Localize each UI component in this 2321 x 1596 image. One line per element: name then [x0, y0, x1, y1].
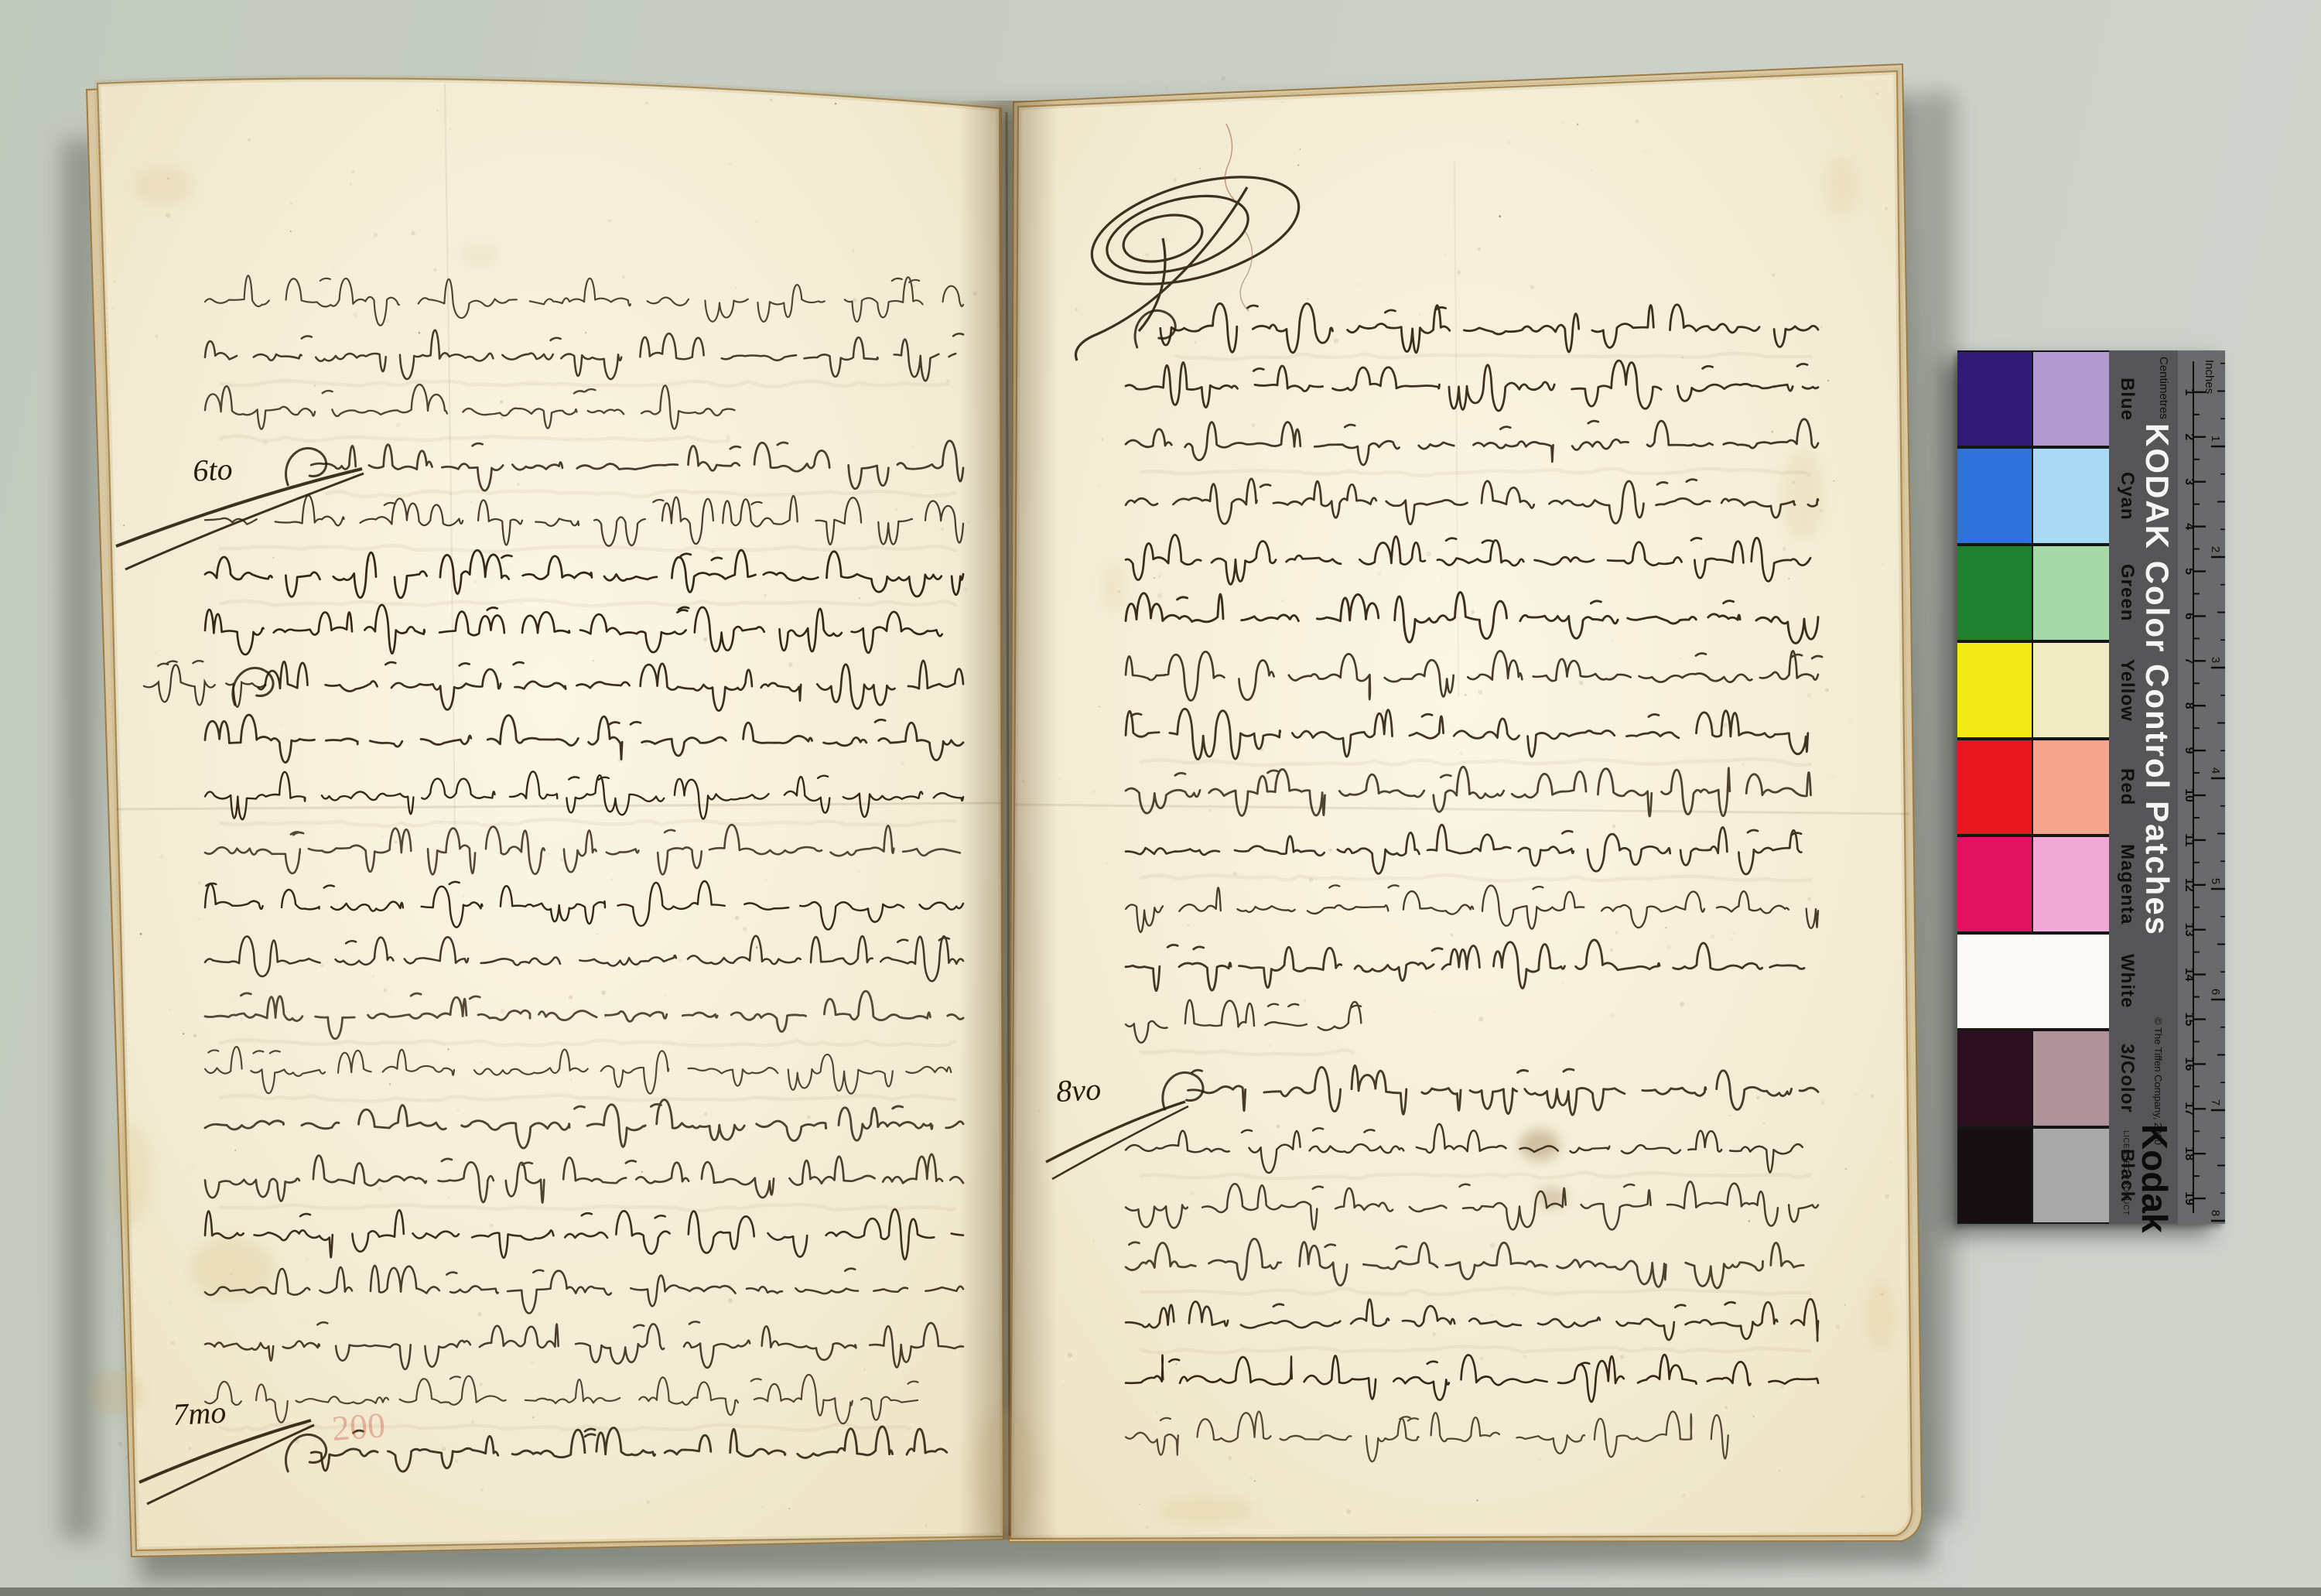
patch-white [1957, 933, 2109, 1028]
svg-text:8: 8 [2209, 1210, 2222, 1216]
svg-text:1: 1 [2209, 436, 2222, 442]
patch-row-label-blue: Blue [2116, 378, 2138, 421]
patch-green-solid [1957, 545, 2032, 640]
patch-magenta-tint [2033, 836, 2109, 931]
patch-3/color-tint [2033, 1030, 2109, 1125]
patch-blue-tint [2033, 350, 2109, 446]
svg-text:16: 16 [2183, 1058, 2196, 1071]
archival-photo-stage: 6to7mo8vo200 KODAK Color Control Patches… [0, 0, 2321, 1596]
patch-black-tint [2033, 1127, 2109, 1222]
patch-row-label-green: Green [2116, 564, 2138, 621]
svg-text:6: 6 [2209, 989, 2222, 995]
section-marker-7mo: 7mo [172, 1394, 227, 1432]
ruler-band: 1234567891011121314151617181912345678Inc… [2178, 350, 2225, 1224]
patch-row-label-cyan: Cyan [2116, 472, 2138, 521]
kodak-title: KODAK Color Control Patches [2138, 423, 2176, 936]
patch-yellow-tint [2033, 641, 2109, 736]
svg-text:5: 5 [2183, 568, 2196, 575]
svg-text:3: 3 [2183, 478, 2196, 485]
patch-row-label-red: Red [2116, 768, 2138, 805]
archive-number: 200 [330, 1405, 386, 1448]
patch-row-label-magenta: Magenta [2116, 844, 2138, 924]
svg-text:17: 17 [2183, 1102, 2196, 1116]
label-band: KODAK Color Control Patches © The Tiffen… [2109, 350, 2178, 1224]
patch-red-tint [2033, 739, 2109, 834]
svg-text:19: 19 [2183, 1191, 2196, 1205]
svg-text:6: 6 [2183, 613, 2196, 620]
patch-cyan-solid [1957, 447, 2032, 542]
svg-text:1: 1 [2183, 388, 2196, 395]
ruler-scale: 1234567891011121314151617181912345678Inc… [2178, 350, 2225, 1224]
patch-blue-solid [1957, 350, 2032, 446]
ruler-cm-label: Centimetres [2157, 357, 2170, 419]
svg-text:10: 10 [2183, 788, 2196, 802]
patch-red-solid [1957, 739, 2032, 834]
svg-text:7: 7 [2183, 658, 2196, 665]
svg-text:9: 9 [2183, 747, 2196, 754]
section-marker-8vo: 8vo [1055, 1071, 1102, 1109]
svg-text:2: 2 [2183, 433, 2196, 440]
patch-row-label-3/color: 3/Color [2116, 1044, 2138, 1113]
svg-text:2: 2 [2209, 546, 2222, 552]
kodak-color-target: KODAK Color Control Patches © The Tiffen… [1957, 350, 2225, 1224]
svg-text:13: 13 [2183, 923, 2196, 937]
svg-text:5: 5 [2209, 878, 2222, 884]
patch-green-tint [2033, 545, 2109, 640]
patch-cyan-tint [2033, 447, 2109, 542]
svg-text:18: 18 [2183, 1147, 2196, 1160]
section-marker-6to: 6to [192, 451, 233, 488]
svg-text:15: 15 [2183, 1013, 2196, 1027]
svg-text:14: 14 [2183, 968, 2196, 982]
photo-bottom-edge [0, 1587, 2321, 1596]
patch-row-label-yellow: Yellow [2116, 659, 2138, 722]
svg-text:4: 4 [2209, 767, 2222, 774]
patch-row-label-white: White [2116, 954, 2138, 1008]
svg-text:8: 8 [2183, 702, 2196, 709]
svg-text:12: 12 [2183, 878, 2196, 892]
patch-row-label-black: Black [2116, 1149, 2138, 1202]
svg-text:7: 7 [2209, 1099, 2222, 1106]
svg-text:11: 11 [2183, 833, 2196, 846]
patch-black-solid [1957, 1127, 2032, 1222]
patch-grid [1957, 350, 2109, 1224]
patch-3/color-solid [1957, 1030, 2032, 1125]
svg-text:4: 4 [2183, 523, 2196, 530]
ruler-inch-label: Inches [2203, 360, 2216, 394]
svg-text:3: 3 [2209, 657, 2222, 663]
patch-magenta-solid [1957, 836, 2032, 931]
patch-yellow-solid [1957, 641, 2032, 736]
